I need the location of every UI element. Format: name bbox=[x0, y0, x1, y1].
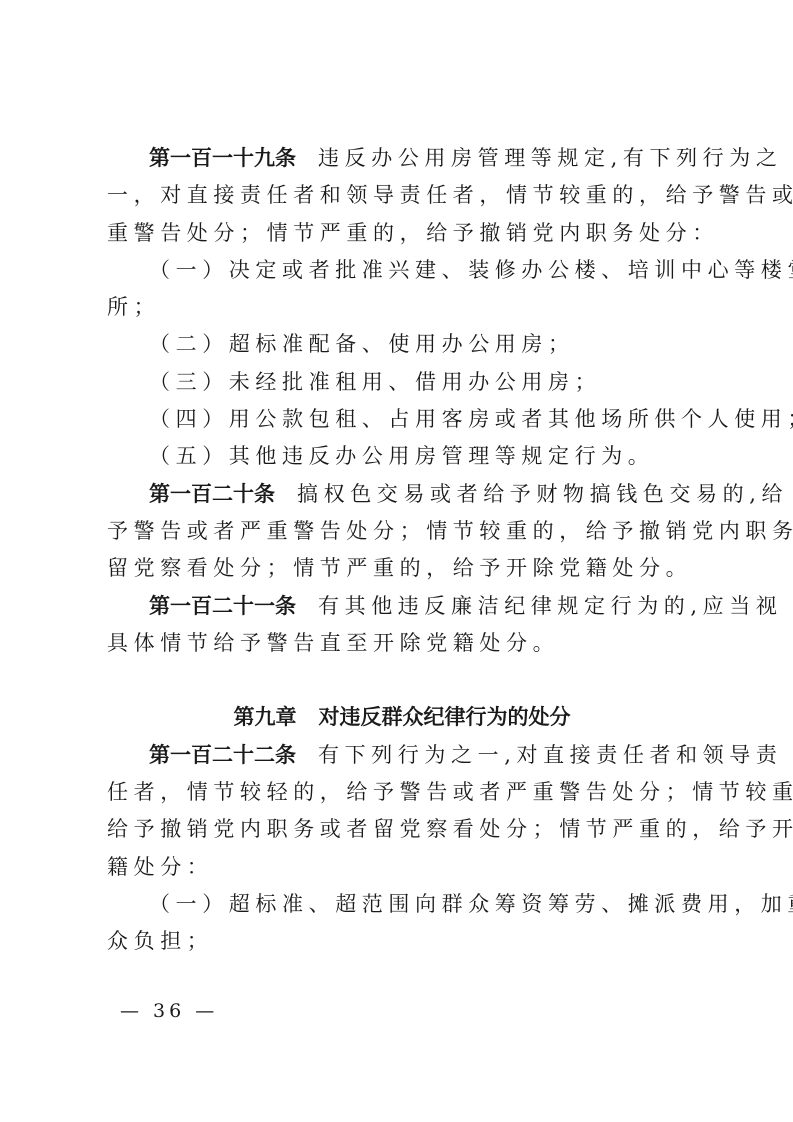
article-120-line-2: 予警告或者严重警告处分；情节较重的，给予撤销党内职务或者 bbox=[107, 513, 697, 550]
list-item-continuation: 众负担； bbox=[107, 923, 697, 960]
article-122-line-1: 第一百二十二条有下列行为之一,对直接责任者和领导责 bbox=[107, 737, 697, 774]
article-120-line-3: 留党察看处分；情节严重的，给予开除党籍处分。 bbox=[107, 550, 697, 587]
article-122-line-3: 给予撤销党内职务或者留党察看处分；情节严重的，给予开除党 bbox=[107, 811, 697, 848]
document-page: 第一百一十九条违反办公用房管理等规定,有下列行为之 一，对直接责任者和领导责任者… bbox=[107, 140, 697, 961]
list-item: （三）未经批准租用、借用办公用房； bbox=[107, 364, 697, 401]
article-121-line-1: 第一百二十一条有其他违反廉洁纪律规定行为的,应当视 bbox=[107, 588, 697, 625]
page-number: — 36 — bbox=[120, 1000, 218, 1022]
list-item: （一）超标准、超范围向群众筹资筹劳、摊派费用，加重群 bbox=[107, 886, 697, 923]
article-119-line-3: 重警告处分；情节严重的，给予撤销党内职务处分： bbox=[107, 215, 697, 252]
article-120-line-1: 第一百二十条搞权色交易或者给予财物搞钱色交易的,给 bbox=[107, 476, 697, 513]
article-119-line-1: 第一百一十九条违反办公用房管理等规定,有下列行为之 bbox=[107, 140, 697, 177]
article-title: 第一百二十条 bbox=[149, 482, 275, 506]
list-item: （一）决定或者批准兴建、装修办公楼、培训中心等楼堂馆 bbox=[107, 252, 697, 289]
section-spacer bbox=[107, 662, 697, 699]
article-121-line-2: 具体情节给予警告直至开除党籍处分。 bbox=[107, 625, 697, 662]
article-title: 第一百二十二条 bbox=[149, 743, 296, 767]
article-119-line-2: 一，对直接责任者和领导责任者，情节较重的，给予警告或者严 bbox=[107, 177, 697, 214]
list-item-continuation: 所； bbox=[107, 289, 697, 326]
article-title: 第一百二十一条 bbox=[149, 594, 296, 618]
chapter-heading: 第九章对违反群众纪律行为的处分 bbox=[107, 699, 697, 736]
article-title: 第一百一十九条 bbox=[149, 146, 296, 170]
list-item: （五）其他违反办公用房管理等规定行为。 bbox=[107, 438, 697, 475]
list-item: （四）用公款包租、占用客房或者其他场所供个人使用； bbox=[107, 401, 697, 438]
list-item: （二）超标准配备、使用办公用房； bbox=[107, 326, 697, 363]
article-122-line-4: 籍处分： bbox=[107, 849, 697, 886]
article-122-line-2: 任者，情节较轻的，给予警告或者严重警告处分；情节较重的， bbox=[107, 774, 697, 811]
